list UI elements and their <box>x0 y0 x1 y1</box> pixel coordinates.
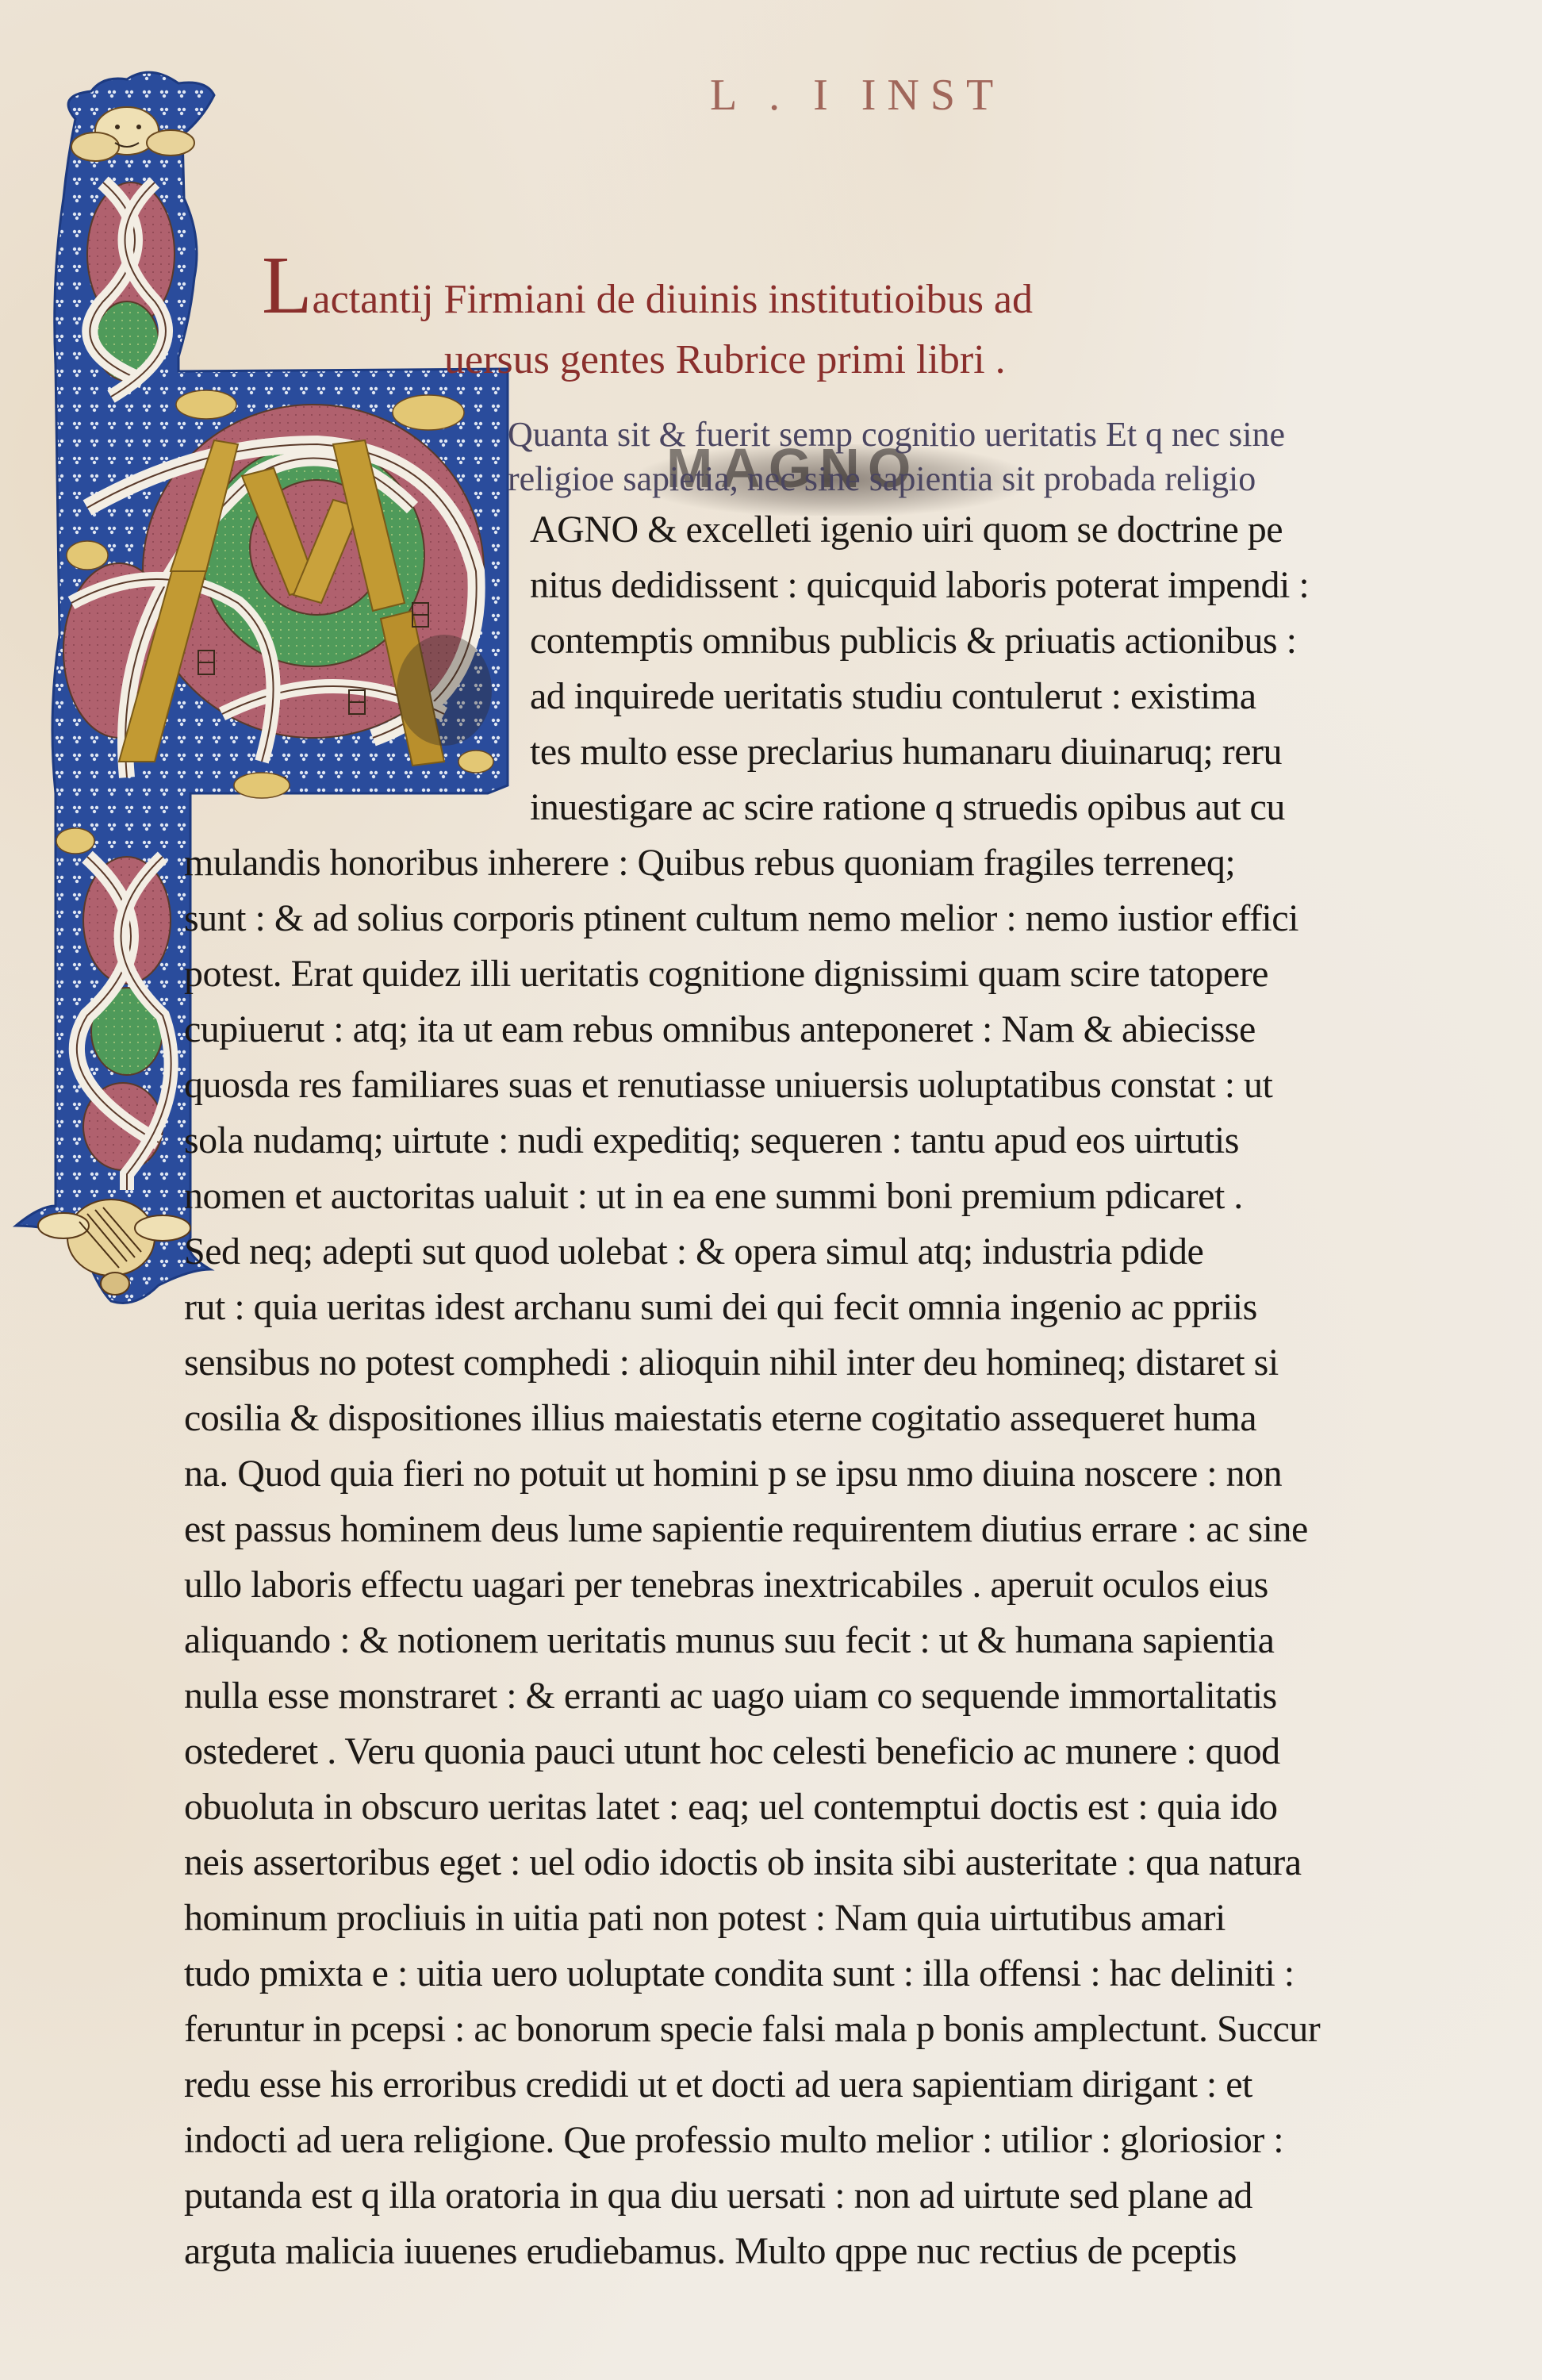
text-line: ad inquirede ueritatis studiu contulerut… <box>530 674 1256 718</box>
text-line: est passus hominem deus lume sapientie r… <box>184 1507 1308 1551</box>
text-line: inuestigare ac scire ratione q struedis … <box>530 785 1285 829</box>
text-line: potest. Erat quidez illi ueritatis cogni… <box>184 952 1268 996</box>
text-line: cosilia & dispositiones illius maiestati… <box>184 1396 1256 1440</box>
manuscript-page: L . I INST <box>0 0 1542 2380</box>
text-line: indocti ad uera religione. Que professio… <box>184 2118 1283 2162</box>
text-line: tudo pmixta e : uitia uero uoluptate con… <box>184 1952 1295 1995</box>
text-line: Sed neq; adepti sut quod uolebat : & ope… <box>184 1230 1203 1273</box>
text-line: obuoluta in obscuro ueritas latet : eaq;… <box>184 1785 1278 1829</box>
text-line: neis assertoribus eget : uel odio idocti… <box>184 1841 1302 1884</box>
text-line: sunt : & ad solius corporis ptinent cult… <box>184 896 1298 940</box>
text-line: sensibus no potest comphedi : alioquin n… <box>184 1341 1279 1384</box>
rubric-heading: Lactantij Firmiani de diuinis institutio… <box>262 262 1412 390</box>
text-line: putanda est q illa oratoria in qua diu u… <box>184 2174 1252 2217</box>
text-line: mulandis honoribus inherere : Quibus reb… <box>184 841 1235 885</box>
text-line: quosda res familiares suas et renutiasse… <box>184 1063 1272 1107</box>
text-line: nomen et auctoritas ualuit : ut in ea en… <box>184 1174 1243 1218</box>
text-line: arguta malicia iuuenes erudiebamus. Mult… <box>184 2229 1237 2273</box>
text-line: hominum procliuis in uitia pati non pote… <box>184 1896 1226 1940</box>
text-line: ullo laboris effectu uagari per tenebras… <box>184 1563 1268 1606</box>
text-line: redu esse his erroribus credidi ut et do… <box>184 2063 1252 2106</box>
text-line: aliquando : & notionem ueritatis munus s… <box>184 1618 1274 1662</box>
text-line: cupiuerut : atq; ita ut eam rebus omnibu… <box>184 1008 1256 1051</box>
summary-line: religioe sapietia, nec sine sapientia si… <box>508 457 1444 501</box>
rubric-line-1: Lactantij Firmiani de diuinis institutio… <box>262 262 1412 330</box>
summary-line: Quanta sit & fuerit semp cognitio uerita… <box>508 413 1444 457</box>
text-line: contemptis omnibus publicis & priuatis a… <box>530 619 1296 662</box>
text-line: sola nudamq; uirtute : nudi expeditiq; s… <box>184 1119 1239 1162</box>
handwritten-summary: Quanta sit & fuerit semp cognitio uerita… <box>508 413 1444 501</box>
text-line: AGNO & excelleti igenio uiri quom se doc… <box>530 508 1283 551</box>
text-line: nitus dedidissent : quicquid laboris pot… <box>530 563 1309 607</box>
text-line: nulla esse monstraret : & erranti ac uag… <box>184 1674 1277 1718</box>
rubric-line-2: uersus gentes Rubrice primi libri . <box>262 330 1412 390</box>
rubric-initial-l: L <box>262 240 313 331</box>
text-line: feruntur in pcepsi : ac bonorum specie f… <box>184 2007 1320 2051</box>
text-line: tes multo esse preclarius humanaru diuin… <box>530 730 1282 773</box>
text-line: rut : quia ueritas idest archanu sumi de… <box>184 1285 1257 1329</box>
running-head: L . I INST <box>710 70 1004 121</box>
text-line: na. Quod quia fieri no potuit ut homini … <box>184 1452 1282 1495</box>
text-line: ostederet . Veru quonia pauci utunt hoc … <box>184 1729 1280 1773</box>
